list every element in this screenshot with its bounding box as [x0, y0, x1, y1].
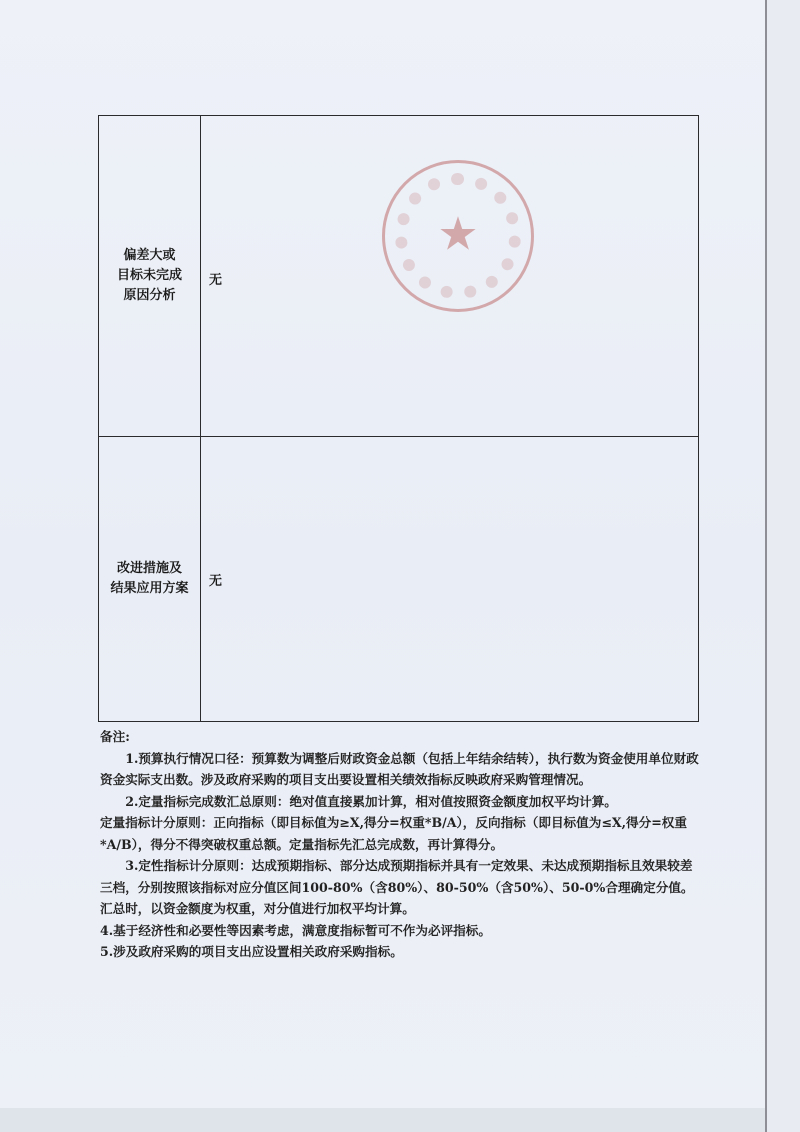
note-item: 定量指标计分原则：正向指标（即目标值为≥X,得分=权重*B/A），反向指标（即目…: [100, 812, 700, 855]
row-value-cell: 无: [201, 437, 698, 721]
improvement-measures-label: 改进措施及 结果应用方案: [110, 559, 188, 599]
note-item: 4.基于经济性和必要性等因素考虑，满意度指标暂可不作为必评指标。: [100, 920, 700, 942]
note-item: 1.预算执行情况口径：预算数为调整后财政资金总额（包括上年结余结转），执行数为资…: [100, 748, 700, 791]
table-row-improvement-measures: 改进措施及 结果应用方案 无: [99, 437, 698, 721]
note-item: 3.定性指标计分原则：达成预期指标、部分达成预期指标并具有一定效果、未达成预期指…: [100, 855, 700, 920]
note-item: 2.定量指标完成数汇总原则：绝对值直接累加计算，相对值按照资金额度加权平均计算。: [100, 791, 700, 813]
deviation-analysis-label: 偏差大或 目标未完成 原因分析: [117, 246, 182, 306]
page-bottom-shadow: [0, 1108, 765, 1132]
deviation-analysis-value: 无: [209, 269, 222, 288]
page-edge-strip: [767, 0, 800, 1132]
binding-edge-line: [765, 0, 767, 1132]
note-item: 5.涉及政府采购的项目支出应设置相关政府采购指标。: [100, 941, 700, 963]
notes-heading: 备注:: [100, 726, 700, 748]
improvement-measures-value: 无: [209, 570, 222, 589]
scanned-page: ★ 偏差大或 目标未完成 原因分析 无 改进措施及 结果应用方案 无 备注: 1…: [0, 0, 800, 1132]
row-label-cell: 偏差大或 目标未完成 原因分析: [99, 116, 201, 436]
row-label-cell: 改进措施及 结果应用方案: [99, 437, 201, 721]
row-value-cell: 无: [201, 116, 698, 436]
evaluation-table: 偏差大或 目标未完成 原因分析 无 改进措施及 结果应用方案 无: [98, 115, 699, 722]
table-row-deviation-analysis: 偏差大或 目标未完成 原因分析 无: [99, 116, 698, 437]
notes-section: 备注: 1.预算执行情况口径：预算数为调整后财政资金总额（包括上年结余结转），执…: [100, 726, 700, 963]
